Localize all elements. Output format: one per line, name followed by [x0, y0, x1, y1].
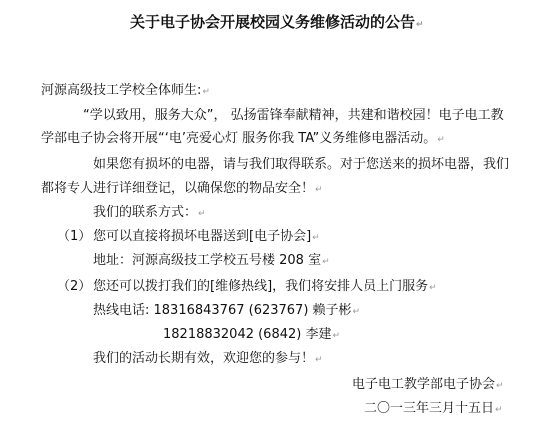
date-text: 二〇一三年三月十五日: [364, 401, 494, 416]
paragraph-2-line-1: 如果您有损坏的电器，请与我们取得联系。对于您送来的损坏电器，我们: [93, 157, 509, 173]
hotline-1: 热线电话: 18316843767 (623767) 赖子彬↵: [93, 303, 360, 320]
signature-text: 电子电工教学部电子协会: [352, 377, 495, 392]
paragraph-mark-icon: ↵: [437, 135, 445, 145]
hotline-2: 18218832042 (6842) 李建↵: [163, 327, 340, 344]
hotline1-text: 热线电话: 18316843767 (623767) 赖子彬: [93, 303, 352, 318]
paragraph-mark-icon: ↵: [198, 209, 206, 219]
para1-line2-text: 学部电子协会将开展“‘电’亮爱心灯 服务你我 TA”义务维修电器活动。: [41, 131, 436, 146]
paragraph-mark-icon: ↵: [429, 283, 437, 293]
date: 二〇一三年三月十五日↵: [364, 401, 503, 418]
hotline2-text: 18218832042 (6842) 李建: [163, 327, 331, 342]
paragraph-mark-icon: ↵: [315, 355, 323, 365]
signature: 电子电工教学部电子协会↵: [352, 377, 504, 394]
paragraph-mark-icon: ↵: [495, 405, 503, 415]
paragraph-mark-icon: ↵: [322, 257, 330, 267]
paragraph-mark-icon: ↵: [353, 307, 361, 317]
paragraph-2-line-2: 都将专人进行详细登记，以确保您的物品安全！↵: [41, 181, 323, 198]
contact-heading-text: 我们的联系方式：: [93, 205, 197, 220]
closing: 我们的活动长期有效，欢迎您的参与！↵: [93, 351, 323, 368]
paragraph-mark-icon: ↵: [496, 381, 504, 391]
paragraph-mark-icon: ↵: [416, 20, 424, 30]
paragraph-1-line-2: 学部电子协会将开展“‘电’亮爱心灯 服务你我 TA”义务维修电器活动。↵: [41, 131, 445, 148]
paragraph-mark-icon: ↵: [315, 185, 323, 195]
item-2-text: 您还可以拨打我们的[维修热线]，我们将安排人员上门服务↵: [93, 279, 437, 296]
paragraph-mark-icon: ↵: [202, 87, 210, 97]
item-2-number: （2）: [57, 279, 91, 295]
address: 地址：河源高级技工学校五号楼 208 室↵: [93, 253, 330, 270]
contact-heading: 我们的联系方式：↵: [93, 205, 206, 222]
title-text: 关于电子协会开展校园义务维修活动的公告: [130, 13, 415, 31]
para2-line2-text: 都将专人进行详细登记，以确保您的物品安全！: [41, 181, 314, 196]
item2-text: 您还可以拨打我们的[维修热线]，我们将安排人员上门服务: [93, 279, 428, 294]
paragraph-1-line-1: “学以致用，服务大众”， 弘扬雷锋奉献精神，共建和谐校园！电子电工教: [83, 108, 504, 124]
greeting: 河源高级技工学校全体师生:↵: [41, 83, 210, 100]
item-1-text: 您可以直接将损坏电器送到[电子协会]↵: [93, 229, 320, 246]
paragraph-mark-icon: ↵: [312, 233, 320, 243]
document-title: 关于电子协会开展校园义务维修活动的公告↵: [130, 14, 424, 33]
paragraph-mark-icon: ↵: [332, 331, 340, 341]
address-text: 地址：河源高级技工学校五号楼 208 室: [93, 253, 321, 268]
closing-text: 我们的活动长期有效，欢迎您的参与！: [93, 351, 314, 366]
item1-text: 您可以直接将损坏电器送到[电子协会]: [93, 229, 311, 244]
greeting-text: 河源高级技工学校全体师生:: [41, 83, 201, 98]
item-1-number: （1）: [57, 229, 91, 245]
